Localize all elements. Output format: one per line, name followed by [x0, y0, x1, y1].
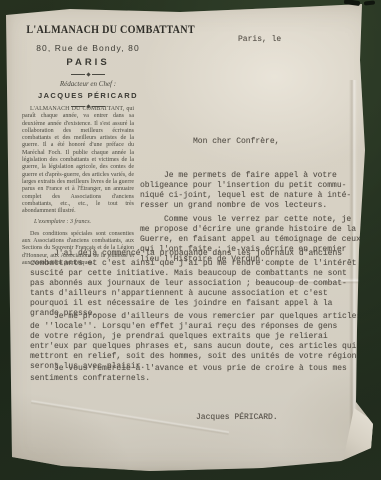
letter-paragraph: Je vous remercie à l'avance et vous prie…	[30, 364, 347, 384]
notice-price: L'exemplaire : 3 francs.	[22, 219, 134, 226]
dateline: Paris, le	[238, 35, 281, 45]
ornament-divider	[71, 73, 105, 76]
publication-title: L'ALMANACH DU COMBATTANT	[26, 24, 149, 36]
folded-corner	[338, 408, 378, 466]
letter-paragraph: Je me permets de faire appel à votre obl…	[140, 171, 351, 211]
notice-column: L'ALMANACH DU COMBATTANT, qui paraît cha…	[22, 106, 134, 267]
editor-label: Rédacteur en Chef :	[18, 80, 158, 88]
ink-smudge	[364, 0, 375, 5]
notice-intro: L'ALMANACH DU COMBATTANT, qui paraît cha…	[22, 106, 134, 215]
letter-paper: L'ALMANACH DU COMBATTANT 80, Rue de Bond…	[0, 0, 381, 480]
editor-name: JACQUES PÉRICARD	[18, 91, 158, 100]
letter-paragraph: Je me propose d'ailleurs de vous remerci…	[30, 312, 361, 372]
publication-address: 80, Rue de Bondy, 80	[18, 43, 158, 53]
letter-paragraph: J'ai déjà commencé la propagande dans le…	[30, 249, 356, 319]
letterhead: L'ALMANACH DU COMBATTANT 80, Rue de Bond…	[18, 24, 158, 112]
publication-city: PARIS	[18, 57, 158, 68]
salutation: Mon cher Confrère,	[193, 137, 279, 147]
signature: Jacques PÉRICARD.	[196, 413, 278, 423]
